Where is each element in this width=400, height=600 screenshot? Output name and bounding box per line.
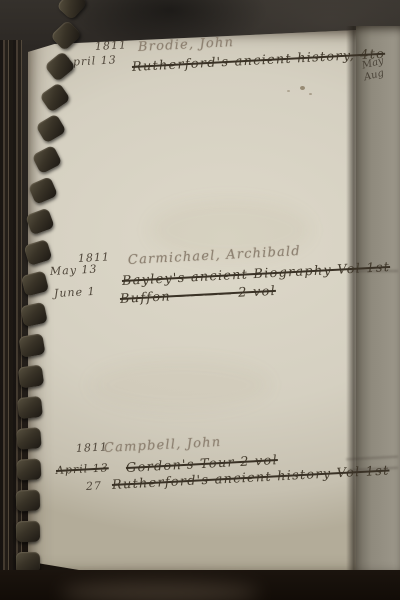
entry-date-struck: April 13 [56, 461, 109, 477]
page-block-edge [0, 40, 22, 600]
entry-year: 1811 [95, 38, 128, 53]
show-through-mark [350, 270, 398, 272]
entry-date: May 13 [50, 263, 98, 278]
entry-date: 27 [86, 479, 103, 493]
spine-band-segment [56, 0, 88, 20]
table-highlight [60, 582, 260, 600]
entry-date: June 1 [54, 285, 96, 300]
left-page [28, 30, 358, 578]
right-page [356, 26, 400, 578]
entry-date: April 13 [64, 53, 117, 69]
ledger-photograph: 1811 April 13 Brodie, John Rutherford's … [0, 0, 400, 600]
